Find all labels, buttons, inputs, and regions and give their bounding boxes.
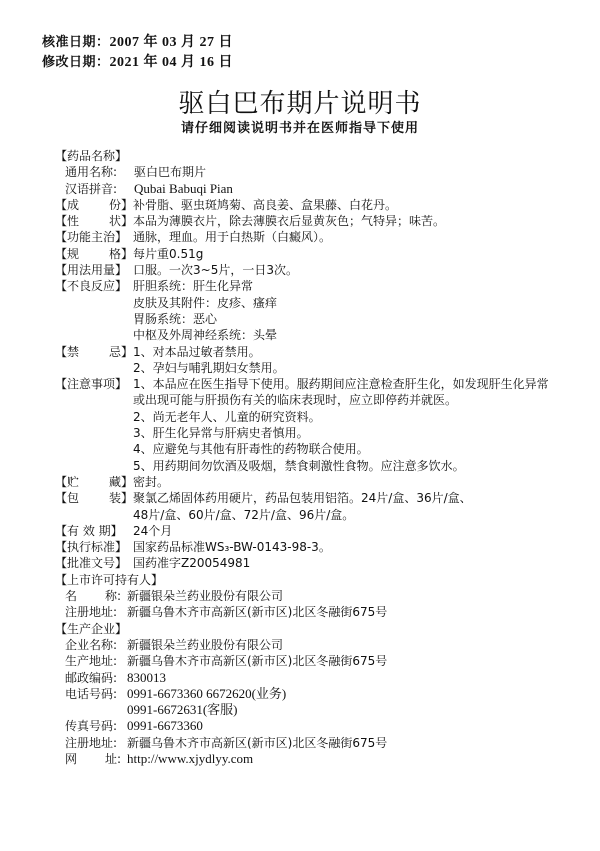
mah-name-value: 新疆银朵兰药业股份有限公司 <box>121 588 575 604</box>
website-row: 网址: http://www.xjydlyy.com <box>55 751 575 767</box>
label-right: 格】 <box>109 246 133 262</box>
precaution-item: 2、尚无老年人、儿童的研究资料。 <box>55 409 575 425</box>
field-label: 名称: <box>65 588 121 604</box>
label-left: 【性 <box>55 213 79 229</box>
section-label: 【生产企业】 <box>55 621 127 637</box>
section-label: 【性状】 <box>55 213 133 229</box>
common-name-row: 通用名称: 驱白巴布期片 <box>55 164 575 180</box>
precaution-item: 3、肝生化异常与肝病史者慎用。 <box>55 425 575 441</box>
adverse-reaction-item: 胃肠系统：恶心 <box>55 311 575 327</box>
document-dates: 核准日期：2007 年 03 月 27 日 修改日期：2021 年 04 月 1… <box>42 33 233 73</box>
field-label: 电话号码: <box>65 686 121 702</box>
label-right: 藏】 <box>109 474 133 490</box>
revision-date-label: 修改日期： <box>42 55 110 70</box>
section-label: 【用法用量】 <box>55 262 133 278</box>
precaution-item: 1、本品应在医生指导下使用。服药期间应注意检查肝生化，如发现肝生化异常或出现可能… <box>133 376 575 409</box>
section-mah: 【上市许可持有人】 <box>55 572 575 588</box>
precaution-item: 5、用药期间勿饮酒及吸烟，禁食刺激性食物。应注意多饮水。 <box>55 458 575 474</box>
fax-value: 0991-6673360 <box>121 718 575 734</box>
field-label: 注册地址: <box>65 735 121 751</box>
pinyin-row: 汉语拼音: Qubai Babuqi Pian <box>55 181 575 197</box>
section-ingredients: 【成份】 补骨脂、驱虫斑鸠菊、高良姜、盒果藤、白花丹。 <box>55 197 575 213</box>
dosage-value: 口服。一次3~5片，一日3次。 <box>133 262 575 278</box>
section-label: 【禁忌】 <box>55 344 133 360</box>
phone-row-2: 0991-6672631(客服) <box>55 702 575 718</box>
label-right: 状】 <box>109 213 133 229</box>
indications-value: 通脉，理血。用于白热斯（白癜风）。 <box>133 229 575 245</box>
leaflet-body: 【药品名称】 通用名称: 驱白巴布期片 汉语拼音: Qubai Babuqi P… <box>55 148 575 767</box>
section-label: 【上市许可持有人】 <box>55 572 163 588</box>
section-validity: 【有 效 期】 24个月 <box>55 523 575 539</box>
postcode-value: 830013 <box>121 670 575 686</box>
section-label: 【包装】 <box>55 490 133 506</box>
section-label: 【注意事项】 <box>55 376 133 409</box>
field-label: 注册地址: <box>65 604 121 620</box>
section-standard: 【执行标准】 国家药品标准WS₃-BW-0143-98-3。 <box>55 539 575 555</box>
field-label-empty <box>65 702 121 718</box>
postcode-row: 邮政编码: 830013 <box>55 670 575 686</box>
pinyin-value: Qubai Babuqi Pian <box>122 181 575 197</box>
approval-date-value: 2007 年 03 月 27 日 <box>110 35 234 50</box>
mah-address-value: 新疆乌鲁木齐市高新区(新市区)北区冬融街675号 <box>121 604 575 620</box>
label-left: 【规 <box>55 246 79 262</box>
pinyin-label: 汉语拼音: <box>65 181 122 197</box>
label-right: 址: <box>105 751 121 767</box>
contraindication-item: 1、对本品过敏者禁用。 <box>133 344 575 360</box>
section-label: 【有 效 期】 <box>55 523 133 539</box>
website-link[interactable]: http://www.xjydlyy.com <box>121 751 575 767</box>
production-address-row: 生产地址: 新疆乌鲁木齐市高新区(新市区)北区冬融街675号 <box>55 653 575 669</box>
label-right: 装】 <box>109 490 133 506</box>
field-label: 企业名称: <box>65 637 121 653</box>
registered-address-row: 注册地址: 新疆乌鲁木齐市高新区(新市区)北区冬融街675号 <box>55 735 575 751</box>
label-right: 称: <box>105 588 121 604</box>
mah-name-row: 名称: 新疆银朵兰药业股份有限公司 <box>55 588 575 604</box>
section-properties: 【性状】 本品为薄膜衣片，除去薄膜衣后显黄灰色；气特异；味苦。 <box>55 213 575 229</box>
section-precautions: 【注意事项】 1、本品应在医生指导下使用。服药期间应注意检查肝生化，如发现肝生化… <box>55 376 575 409</box>
label-left: 网 <box>65 751 77 767</box>
field-label: 网址: <box>65 751 121 767</box>
section-label: 【药品名称】 <box>55 148 127 164</box>
production-address-value: 新疆乌鲁木齐市高新区(新市区)北区冬融街675号 <box>121 653 575 669</box>
manufacturer-company-row: 企业名称: 新疆银朵兰药业股份有限公司 <box>55 637 575 653</box>
section-label: 【功能主治】 <box>55 229 133 245</box>
phone-value: 0991-6672631(客服) <box>121 702 575 718</box>
properties-value: 本品为薄膜衣片，除去薄膜衣后显黄灰色；气特异；味苦。 <box>133 213 575 229</box>
section-manufacturer: 【生产企业】 <box>55 621 575 637</box>
section-dosage: 【用法用量】 口服。一次3~5片，一日3次。 <box>55 262 575 278</box>
contraindication-item: 2、孕妇与哺乳期妇女禁用。 <box>55 360 575 376</box>
common-name-value: 驱白巴布期片 <box>122 164 575 180</box>
label-left: 【禁 <box>55 344 79 360</box>
page-title: 驱白巴布期片说明书 <box>0 88 600 120</box>
standard-value: 国家药品标准WS₃-BW-0143-98-3。 <box>133 539 575 555</box>
label-left: 【贮 <box>55 474 79 490</box>
packaging-line: 48片/盒、60片/盒、72片/盒、96片/盒。 <box>55 507 575 523</box>
label-left: 【成 <box>55 197 79 213</box>
section-drug-name: 【药品名称】 <box>55 148 575 164</box>
phone-value: 0991-6673360 6672620(业务) <box>121 686 575 702</box>
adverse-reaction-item: 肝胆系统：肝生化异常 <box>133 278 575 294</box>
label-right: 忌】 <box>109 344 133 360</box>
common-name-label: 通用名称: <box>65 164 122 180</box>
section-specification: 【规格】 每片重0.51g <box>55 246 575 262</box>
fax-row: 传真号码: 0991-6673360 <box>55 718 575 734</box>
approval-date-row: 核准日期：2007 年 03 月 27 日 <box>42 33 233 53</box>
section-label: 【贮藏】 <box>55 474 133 490</box>
section-label: 【批准文号】 <box>55 555 133 571</box>
approval-date-label: 核准日期： <box>42 35 110 50</box>
field-label: 生产地址: <box>65 653 121 669</box>
adverse-reaction-item: 皮肤及其附件：皮疹、瘙痒 <box>55 295 575 311</box>
validity-value: 24个月 <box>133 523 575 539</box>
section-packaging: 【包装】 聚氯乙烯固体药用硬片，药品包装用铝箔。24片/盒、36片/盒、 <box>55 490 575 506</box>
section-storage: 【贮藏】 密封。 <box>55 474 575 490</box>
revision-date-row: 修改日期：2021 年 04 月 16 日 <box>42 53 233 73</box>
section-approval-number: 【批准文号】 国药准字Z20054981 <box>55 555 575 571</box>
field-label: 传真号码: <box>65 718 121 734</box>
section-adverse-reactions: 【不良反应】 肝胆系统：肝生化异常 <box>55 278 575 294</box>
packaging-line: 聚氯乙烯固体药用硬片，药品包装用铝箔。24片/盒、36片/盒、 <box>133 490 575 506</box>
section-label: 【不良反应】 <box>55 278 133 294</box>
adverse-reaction-item: 中枢及外周神经系统：头晕 <box>55 327 575 343</box>
ingredients-value: 补骨脂、驱虫斑鸠菊、高良姜、盒果藤、白花丹。 <box>133 197 575 213</box>
section-label: 【成份】 <box>55 197 133 213</box>
phone-row: 电话号码: 0991-6673360 6672620(业务) <box>55 686 575 702</box>
storage-value: 密封。 <box>133 474 575 490</box>
section-indications: 【功能主治】 通脉，理血。用于白热斯（白癜风）。 <box>55 229 575 245</box>
mah-address-row: 注册地址: 新疆乌鲁木齐市高新区(新市区)北区冬融街675号 <box>55 604 575 620</box>
approval-number-value: 国药准字Z20054981 <box>133 555 575 571</box>
registered-address-value: 新疆乌鲁木齐市高新区(新市区)北区冬融街675号 <box>121 735 575 751</box>
section-label: 【规格】 <box>55 246 133 262</box>
precaution-item: 4、应避免与其他有肝毒性的药物联合使用。 <box>55 441 575 457</box>
label-left: 名 <box>65 588 77 604</box>
specification-value: 每片重0.51g <box>133 246 575 262</box>
field-label: 邮政编码: <box>65 670 121 686</box>
label-right: 份】 <box>109 197 133 213</box>
section-label: 【执行标准】 <box>55 539 133 555</box>
page-subtitle: 请仔细阅读说明书并在医师指导下使用 <box>0 120 600 138</box>
label-left: 【包 <box>55 490 79 506</box>
section-contraindications: 【禁忌】 1、对本品过敏者禁用。 <box>55 344 575 360</box>
revision-date-value: 2021 年 04 月 16 日 <box>110 55 234 70</box>
company-value: 新疆银朵兰药业股份有限公司 <box>121 637 575 653</box>
